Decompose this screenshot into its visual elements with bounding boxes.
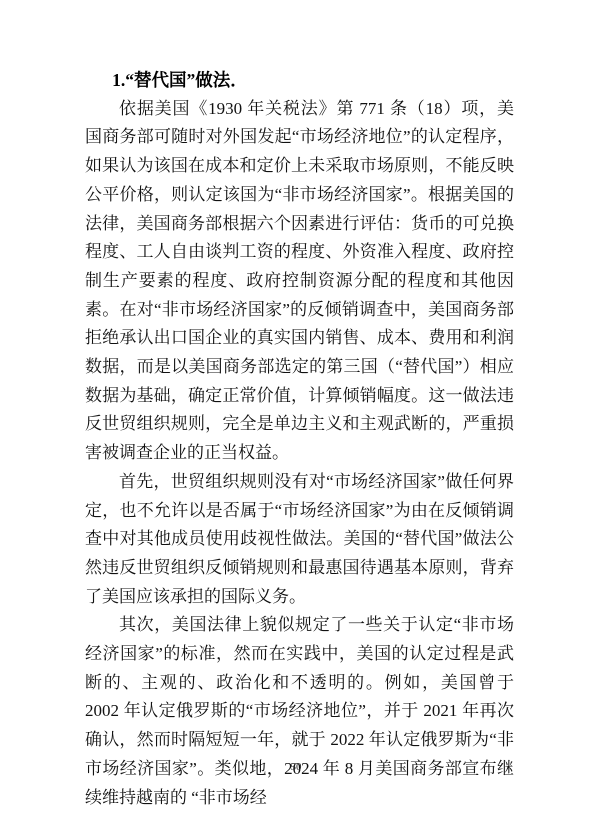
page-number: 50 — [0, 761, 592, 773]
document-page: 1.“替代国”做法． 依据美国《1930 年关税法》第 771 条（18）项，美… — [0, 0, 592, 837]
paragraph: 依据美国《1930 年关税法》第 771 条（18）项，美国商务部可随时对外国发… — [85, 95, 514, 468]
section-heading: 1.“替代国”做法． — [85, 66, 514, 95]
text-block: 1.“替代国”做法． 依据美国《1930 年关税法》第 771 条（18）项，美… — [85, 66, 514, 812]
paragraph: 首先，世贸组织规则没有对“市场经济国家”做任何界定，也不允许以是否属于“市场经济… — [85, 468, 514, 612]
paragraph: 其次，美国法律上貌似规定了一些关于认定“非市场经济国家”的标准，然而在实践中，美… — [85, 611, 514, 812]
